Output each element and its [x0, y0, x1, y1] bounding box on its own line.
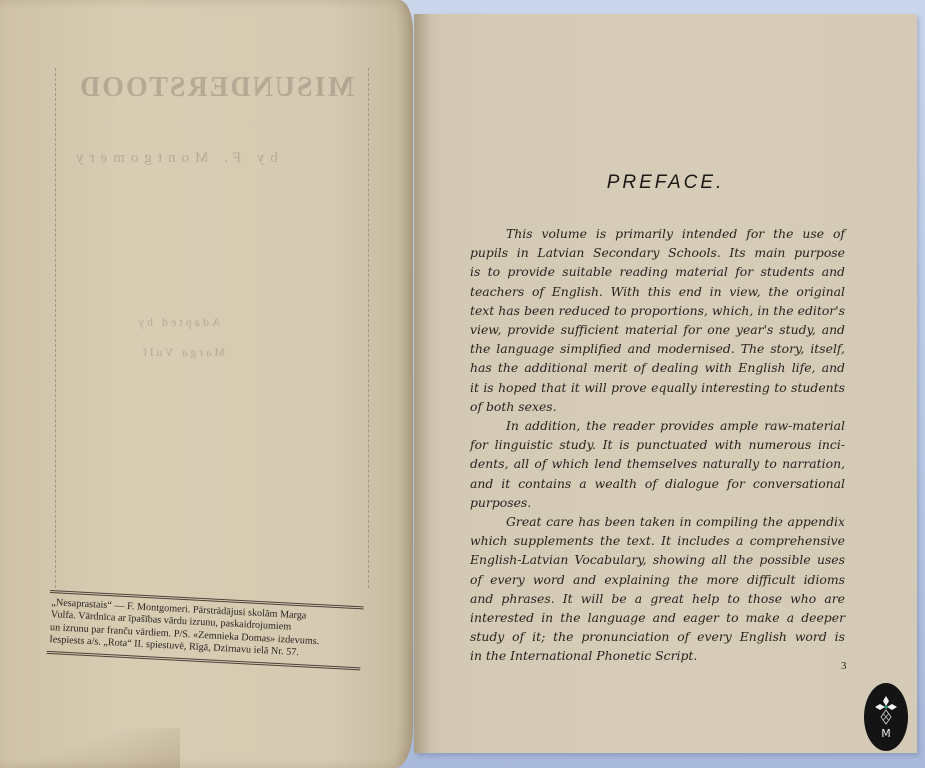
- text-line: interested in the language and eager to …: [470, 608, 845, 627]
- watermark-badge: M: [864, 683, 908, 751]
- text-line: is to provide suitable reading material …: [470, 262, 845, 281]
- text-line: of every word and explaining the more di…: [470, 570, 845, 589]
- text-line: English-Latvian Vocabulary, showing all …: [470, 550, 845, 569]
- text-line: which supplements the text. It includes …: [470, 531, 845, 550]
- text-line: study of it; the pronunciation of every …: [470, 627, 845, 646]
- text-line: view, provide sufficient material for on…: [470, 320, 845, 339]
- left-page: MISUNDERSTOOD by F. Montgomery Adapted b…: [0, 0, 413, 768]
- text-line: purposes.: [470, 493, 845, 512]
- paragraph-linguistic-study: In addition, the reader provides ample r…: [470, 416, 845, 512]
- text-line: in the International Phonetic Script.: [470, 646, 845, 665]
- text-line: and it contains a wealth of dialogue for…: [470, 474, 845, 493]
- bleed-through-title: MISUNDERSTOOD: [78, 72, 354, 104]
- text-line: dents, all of which lend themselves natu…: [470, 454, 845, 473]
- text-line: This volume is primarily intended for th…: [470, 224, 845, 243]
- paragraph-intended-use: This volume is primarily intended for th…: [470, 224, 845, 416]
- text-line: text has been reduced to proportions, wh…: [470, 301, 845, 320]
- text-line: for linguistic study. It is punctuated w…: [470, 435, 845, 454]
- imprint-block: „Nesaprastais“ — F. Montgomeri. Pārstrād…: [47, 590, 364, 670]
- text-line: Great care has been taken in compiling t…: [470, 512, 845, 531]
- bleed-through-author: by F. Montgomery: [70, 150, 278, 167]
- text-line: of both sexes.: [470, 397, 845, 416]
- page-title: PREFACE.: [414, 172, 917, 194]
- text-line: and phrases. It will be a great help to …: [470, 589, 845, 608]
- bleed-through-line: Adapted by: [135, 315, 221, 330]
- floral-monogram-icon: M: [871, 692, 901, 742]
- text-line: In addition, the reader provides ample r…: [470, 416, 845, 435]
- paragraph-appendix: Great care has been taken in compiling t…: [470, 512, 845, 666]
- bleed-through-line: Marga Vulf: [140, 345, 225, 360]
- page-number: 3: [841, 660, 847, 672]
- text-line: teachers of English. With this end in vi…: [470, 282, 845, 301]
- right-page: PREFACE. This volume is primarily intend…: [414, 14, 917, 753]
- text-line: has the additional merit of dealing with…: [470, 358, 845, 377]
- text-line: it is hoped that it will prove equally i…: [470, 378, 845, 397]
- text-line: the language simplified and modernised. …: [470, 339, 845, 358]
- preface-body: This volume is primarily intended for th…: [470, 224, 845, 666]
- monogram-letter: M: [881, 727, 891, 740]
- text-line: pupils in Latvian Secondary Schools. Its…: [470, 243, 845, 262]
